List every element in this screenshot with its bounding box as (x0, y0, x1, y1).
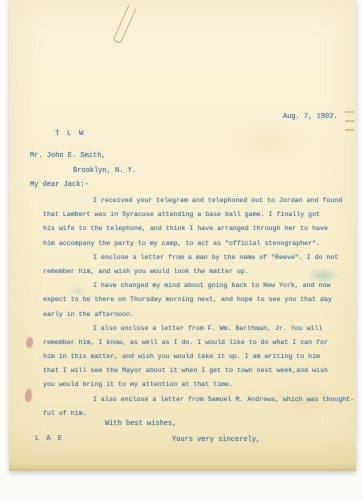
ink-smudge-small (69, 286, 87, 296)
letter-line: his wife to the telephone, and think I h… (43, 222, 354, 236)
letter-line: him accompany the party to my camp, to a… (43, 237, 354, 251)
letter-paper: Aug. 7, 1902. T L W Mr. John E. Smith, B… (9, 0, 356, 471)
typist-initials: L A E (35, 435, 64, 443)
page-edge-marks (345, 111, 355, 139)
red-edge-mark (26, 337, 33, 348)
letter-date: Aug. 7, 1902. (283, 113, 338, 121)
letter-line: that Lambert was in Syracuse attending a… (43, 208, 354, 222)
letter-line: you would bring it to my attention at th… (43, 378, 354, 392)
letter-line: I enclose a letter from a man by the nam… (43, 251, 354, 265)
recipient-name: Mr. John E. Smith, (30, 152, 106, 160)
closing-line: With best wishes, (105, 420, 176, 428)
recipient-city: Brooklyn, N. Y. (73, 167, 136, 175)
letter-line: expect to be there on Thursday morning n… (43, 293, 354, 307)
letter-line: I also enclose a letter from Samuel M. A… (43, 393, 354, 407)
salutation: My dear Jack:- (30, 181, 89, 189)
valediction: Yours very sincerely, (172, 436, 260, 444)
letter-line: him in this matter, and wish you would t… (43, 350, 354, 364)
letter-line: I also enclose a letter from F. Wm. Bart… (43, 322, 354, 336)
red-edge-mark (25, 389, 32, 402)
paperclip-mark (112, 5, 136, 44)
letter-line: early in the afternoon. (43, 308, 354, 322)
letter-line: that I will see the Mayor about it when … (43, 364, 354, 378)
letter-line: I received your telegram and telephoned … (43, 194, 354, 208)
letter-body: I received your telegram and telephoned … (43, 194, 354, 421)
letter-line: remember him, I know, as well as I do. I… (43, 336, 354, 350)
letter-line: ful of him. (43, 407, 354, 421)
ink-smudge (308, 268, 338, 283)
sender-initials: T L W (55, 130, 85, 138)
